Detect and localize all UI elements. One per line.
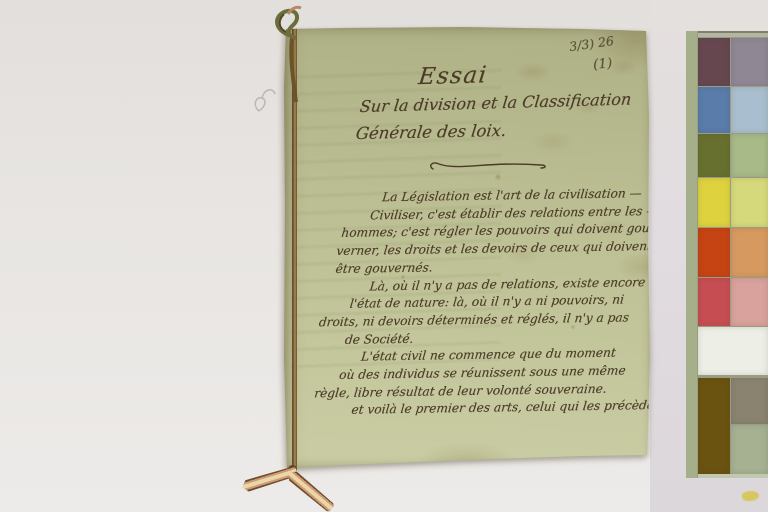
calibration-patch-pink <box>731 278 768 326</box>
essay-body: La Législation est l'art de la civilisat… <box>308 185 645 420</box>
calibration-patch-dark-brown <box>698 378 730 474</box>
calibration-patch-gray-olive <box>731 378 768 424</box>
calibration-patch-yellow <box>698 178 730 227</box>
shelfmark: 3/3) 26 <box>568 33 615 54</box>
calibration-patch-light-blue <box>731 87 768 133</box>
essay-title: Essai <box>417 62 489 90</box>
binding-ribbon-knot <box>262 2 310 108</box>
manuscript-line: et voilà le premier des arts, celui qui … <box>350 398 622 420</box>
calibration-patch-pale-yellow <box>731 178 768 227</box>
binding-ribbon-end-right <box>285 468 336 512</box>
photo-backdrop: 3/3) 26 (1) Essai Sur la division et la … <box>0 0 768 512</box>
color-calibration-bar <box>686 31 768 478</box>
essay-subtitle-line2: Générale des loix. <box>355 121 508 143</box>
calibration-patch-gray-purple <box>731 38 768 86</box>
calibration-patch-maroon <box>698 38 730 86</box>
calibration-patch-orange-red <box>698 228 730 277</box>
calibration-patch-blue <box>698 87 730 133</box>
calibration-top-strip <box>698 31 768 37</box>
calibration-bottom-strip <box>698 474 768 478</box>
calibration-patch-crimson <box>698 278 730 326</box>
calibration-patch-tan <box>731 228 768 277</box>
calibration-frame-strip <box>686 31 697 478</box>
calibration-patch-sage <box>731 134 768 177</box>
manuscript-page-wrap: 3/3) 26 (1) Essai Sur la division et la … <box>283 27 650 468</box>
calibration-patch-green-gray <box>731 425 768 474</box>
calibration-patch-white <box>698 327 768 375</box>
page-number-annotation: (1) <box>592 55 612 73</box>
title-flourish <box>425 158 555 174</box>
manuscript-page: 3/3) 26 (1) Essai Sur la division et la … <box>283 27 650 468</box>
calibration-patch-olive <box>698 134 730 177</box>
